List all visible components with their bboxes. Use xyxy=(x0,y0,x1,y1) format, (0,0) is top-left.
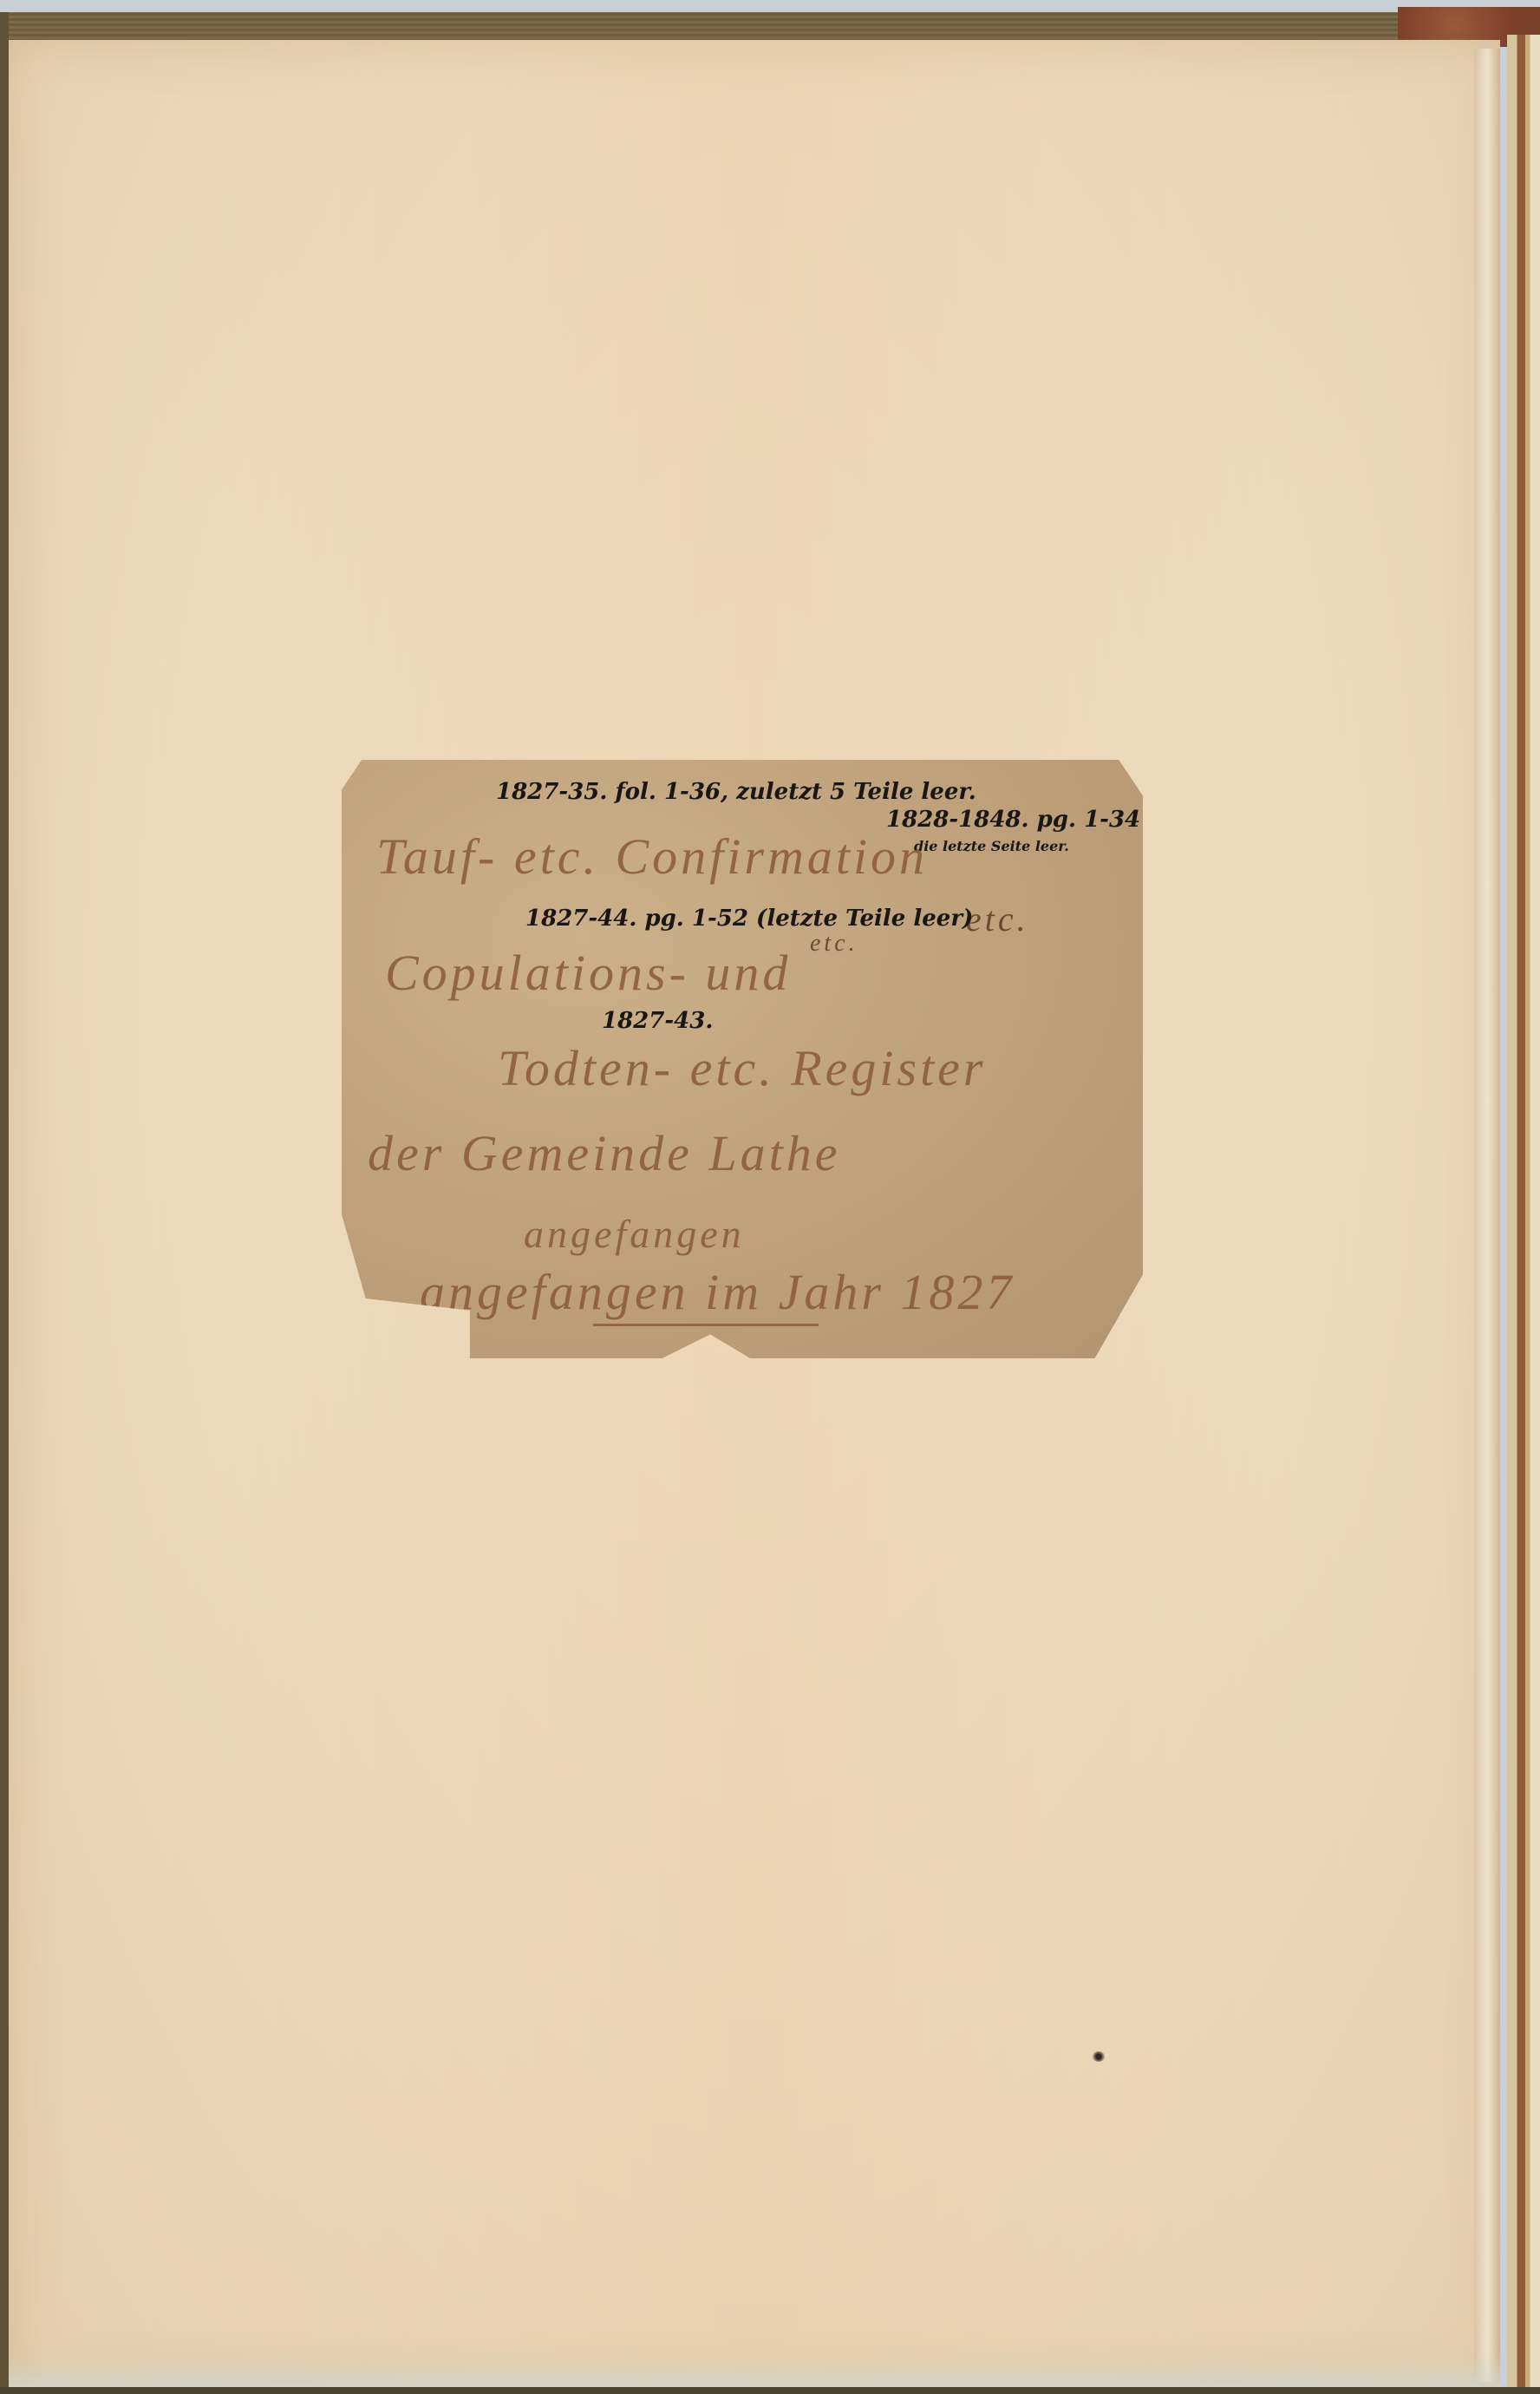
book-binding-bottom xyxy=(0,2387,1540,2394)
annotation-baptism-range: 1827-35. fol. 1-36, zuletzt 5 Teile leer… xyxy=(496,779,976,805)
book-binding-left xyxy=(0,12,9,2389)
script-line-death-register: Todten- etc. Register xyxy=(498,1039,987,1097)
script-abbrev-etc: etc. xyxy=(966,899,1029,939)
script-line-parish: der Gemeinde Lathe xyxy=(368,1124,841,1182)
register-label: 1827-35. fol. 1-36, zuletzt 5 Teile leer… xyxy=(342,760,1143,1358)
script-line-marriage: Copulations- und xyxy=(385,944,791,1002)
annotation-confirmation-note: die letzte Seite leer. xyxy=(914,838,1069,854)
book-binding-top xyxy=(0,12,1540,42)
script-line-baptism-confirmation: Tauf- etc. Confirmation xyxy=(376,827,928,886)
script-line-started: angefangen xyxy=(524,1211,745,1257)
page-fold xyxy=(1474,49,1500,2382)
underline-stroke xyxy=(593,1324,819,1326)
annotation-marriage-range: 1827-44. pg. 1-52 (letzte Teile leer) xyxy=(525,906,973,932)
ink-spot xyxy=(1093,2051,1105,2062)
paper-edge-fade xyxy=(9,2352,1500,2387)
book-spine-edge xyxy=(1507,35,1540,2387)
annotation-death-range: 1827-43. xyxy=(602,1008,713,1034)
script-abbrev-etc-2: etc. xyxy=(810,930,858,958)
script-line-year: angefangen im Jahr 1827 xyxy=(420,1263,1015,1321)
